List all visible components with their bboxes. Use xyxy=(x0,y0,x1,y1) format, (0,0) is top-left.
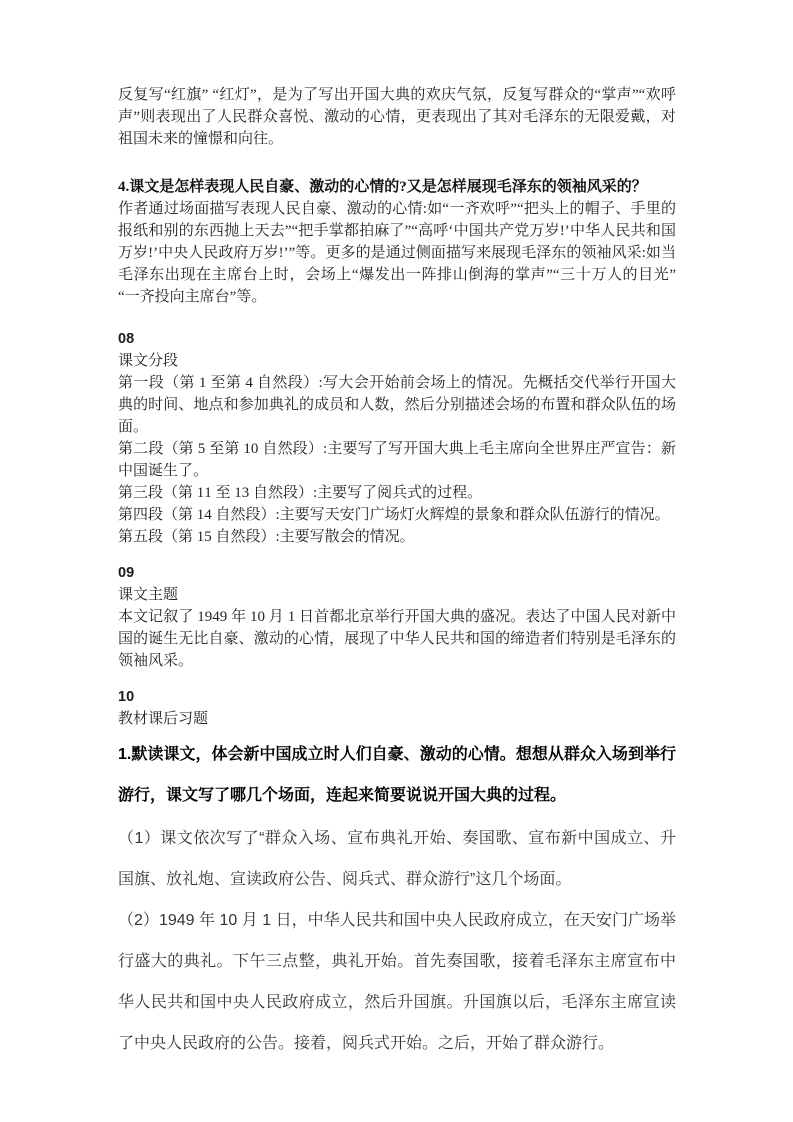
section-10-title: 教材课后习题 xyxy=(118,708,676,730)
section-08-title: 课文分段 xyxy=(118,350,676,372)
document-content: 反复写“红旗” “红灯”，是为了写出开国大典的欢庆气氛，反复写群众的“掌声”“欢… xyxy=(118,84,676,1064)
segment-item-2: 第二段（第 5 至第 10 自然段）:主要写了写开国大典上毛主席向全世界庄严宣告… xyxy=(118,438,676,482)
section-10-number: 10 xyxy=(118,686,676,708)
section-08-text-segments: 08 课文分段 第一段（第 1 至第 4 自然段）:写大会开始前会场上的情况。先… xyxy=(118,328,676,548)
segment-item-4: 第四段（第 14 自然段）:主要写天安门广场灯火辉煌的景象和群众队伍游行的情况。 xyxy=(118,504,676,526)
section-09-title: 课文主题 xyxy=(118,584,676,606)
document-page: 反复写“红旗” “红灯”，是为了写出开国大典的欢庆气氛，反复写群众的“掌声”“欢… xyxy=(0,0,793,1122)
section-09-number: 09 xyxy=(118,562,676,584)
question-4-answer: 作者通过场面描写表现人民自豪、激动的心情:如“一齐欢呼”“把头上的帽子、手里的报… xyxy=(118,198,676,308)
segment-item-3: 第三段（第 11 至 13 自然段）:主要写了阅兵式的过程。 xyxy=(118,482,676,504)
section-08-number: 08 xyxy=(118,328,676,350)
question-4-heading: 4.课文是怎样表现人民自豪、激动的心情的?又是怎样展现毛泽东的领袖风采的？ xyxy=(118,176,676,198)
exercise-1-answer-2: （2）1949 年 10 月 1 日，中华人民共和国中央人民政府成立，在天安门广… xyxy=(118,900,676,1064)
exercise-1-prompt: 1.默读课文，体会新中国成立时人们自豪、激动的心情。想想从群众入场到举行游行，课… xyxy=(118,734,676,816)
section-10-textbook-exercises: 10 教材课后习题 1.默读课文，体会新中国成立时人们自豪、激动的心情。想想从群… xyxy=(118,686,676,1064)
segment-item-1: 第一段（第 1 至第 4 自然段）:写大会开始前会场上的情况。先概括交代举行开国… xyxy=(118,372,676,438)
exercise-1-answer-1: （1）课文依次写了“群众入场、宣布典礼开始、奏国歌、宣布新中国成立、升国旗、放礼… xyxy=(118,818,676,900)
segment-item-5: 第五段（第 15 自然段）:主要写散会的情况。 xyxy=(118,526,676,548)
section-09-text-theme: 09 课文主题 本文记叙了 1949 年 10 月 1 日首都北京举行开国大典的… xyxy=(118,562,676,672)
section-09-body: 本文记叙了 1949 年 10 月 1 日首都北京举行开国大典的盛况。表达了中国… xyxy=(118,606,676,672)
section-question-4: 4.课文是怎样表现人民自豪、激动的心情的?又是怎样展现毛泽东的领袖风采的？ 作者… xyxy=(118,176,676,308)
intro-paragraph: 反复写“红旗” “红灯”，是为了写出开国大典的欢庆气氛，反复写群众的“掌声”“欢… xyxy=(118,84,676,150)
